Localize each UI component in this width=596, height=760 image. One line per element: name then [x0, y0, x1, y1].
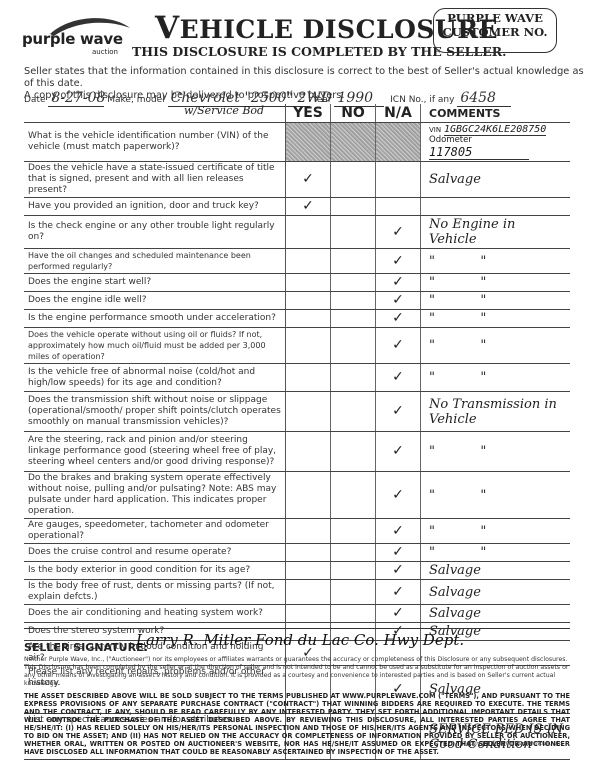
- comment-cell[interactable]: " ": [421, 274, 571, 292]
- answer-yes-cell[interactable]: ✓: [286, 198, 331, 216]
- check-icon: ✓: [392, 544, 404, 560]
- customer-number-box: PURPLE WAVE CUSTOMER NO.: [433, 8, 557, 53]
- comment-text: " ": [429, 444, 486, 459]
- question-text: Is the vehicle free of abnormal noise (c…: [24, 364, 286, 392]
- answer-na-cell[interactable]: [376, 123, 421, 162]
- comment-text: Salvage: [429, 606, 481, 621]
- answer-yes-cell[interactable]: [286, 519, 331, 544]
- answer-na-cell[interactable]: ✓: [376, 432, 421, 472]
- table-row: Is the check engine or any other trouble…: [24, 216, 570, 249]
- check-icon: ✓: [392, 310, 404, 326]
- answer-no-cell[interactable]: [331, 123, 376, 162]
- table-row: Have you provided an ignition, door and …: [24, 198, 570, 216]
- question-text: Is the check engine or any other trouble…: [24, 216, 286, 249]
- comment-cell[interactable]: " ": [421, 519, 571, 544]
- vin-line: VIN 1GBGC24K6LE208750: [429, 124, 566, 135]
- signature-label: SELLER SIGNATURE:: [24, 641, 148, 654]
- odometer-line: Odometer 117805: [429, 135, 566, 160]
- comment-cell[interactable]: " ": [421, 292, 571, 310]
- question-text: Have you provided an ignition, door and …: [24, 198, 286, 216]
- table-row: Is the body exterior in good condition f…: [24, 562, 570, 580]
- comment-cell[interactable]: " ": [421, 472, 571, 519]
- check-icon: ✓: [302, 171, 314, 187]
- answer-yes-cell[interactable]: [286, 544, 331, 562]
- answer-yes-cell[interactable]: [286, 562, 331, 580]
- answer-yes-cell[interactable]: [286, 216, 331, 249]
- comment-text: " ": [429, 254, 486, 269]
- check-icon: ✓: [392, 337, 404, 353]
- answer-no-cell[interactable]: [331, 580, 376, 605]
- answer-na-cell[interactable]: ✓: [376, 392, 421, 432]
- logo-sub: auction: [92, 48, 118, 56]
- check-icon: ✓: [392, 253, 404, 269]
- table-row: Does the vehicle operate without using o…: [24, 328, 570, 364]
- table-row: Does the air conditioning and heating sy…: [24, 605, 570, 623]
- check-icon: ✓: [302, 198, 314, 214]
- check-icon: ✓: [392, 369, 404, 385]
- comment-text: Salvage: [429, 172, 481, 187]
- question-text: Does the engine start well?: [24, 274, 286, 292]
- answer-yes-cell[interactable]: [286, 123, 331, 162]
- col-comments: COMMENTS: [421, 104, 571, 123]
- check-icon: ✓: [392, 274, 404, 290]
- comment-text: Salvage: [429, 585, 481, 600]
- purple-wave-logo: purple wave auction: [22, 14, 132, 50]
- table-row: Does the cruise control and resume opera…: [24, 544, 570, 562]
- question-text: Does the vehicle operate without using o…: [24, 328, 286, 364]
- answer-na-cell[interactable]: ✓: [376, 580, 421, 605]
- comment-cell[interactable]: No Engine in Vehicle: [421, 216, 571, 249]
- table-row: Is the engine performance smooth under a…: [24, 310, 570, 328]
- table-row: Are gauges, speedometer, tachometer and …: [24, 519, 570, 544]
- answer-no-cell[interactable]: [331, 328, 376, 364]
- question-text: What is the vehicle identification numbe…: [24, 123, 286, 162]
- col-na: N/A: [376, 104, 421, 123]
- check-icon: ✓: [392, 605, 404, 621]
- comment-cell[interactable]: Salvage: [421, 562, 571, 580]
- answer-na-cell[interactable]: ✓: [376, 364, 421, 392]
- comment-text: " ": [429, 545, 486, 560]
- disclaimer-text: Neither Purple Wave, Inc., ("Auctioneer"…: [24, 656, 570, 688]
- answer-no-cell[interactable]: [331, 472, 376, 519]
- answer-no-cell[interactable]: [331, 216, 376, 249]
- answer-na-cell[interactable]: ✓: [376, 310, 421, 328]
- answer-no-cell[interactable]: [331, 544, 376, 562]
- answer-no-cell[interactable]: [331, 562, 376, 580]
- table-row: Does the vehicle have a state-issued cer…: [24, 162, 570, 198]
- comment-cell[interactable]: Salvage: [421, 580, 571, 605]
- check-icon: ✓: [392, 487, 404, 503]
- question-text: Does the transmission shift without nois…: [24, 392, 286, 432]
- odometer-field[interactable]: 117805: [429, 145, 529, 160]
- table-row: Is the body free of rust, dents or missi…: [24, 580, 570, 605]
- comment-cell[interactable]: " ": [421, 432, 571, 472]
- answer-yes-cell[interactable]: [286, 249, 331, 274]
- answer-na-cell[interactable]: ✓: [376, 519, 421, 544]
- answer-na-cell[interactable]: [376, 198, 421, 216]
- answer-na-cell[interactable]: [376, 162, 421, 198]
- comment-cell[interactable]: Salvage: [421, 162, 571, 198]
- comment-cell[interactable]: [421, 198, 571, 216]
- comment-cell[interactable]: Salvage: [421, 605, 571, 623]
- col-yes: YES: [286, 104, 331, 123]
- question-text: Is the body exterior in good condition f…: [24, 562, 286, 580]
- question-text: Are the steering, rack and pinion and/or…: [24, 432, 286, 472]
- table-row: What is the vehicle identification numbe…: [24, 123, 570, 162]
- answer-yes-cell[interactable]: [286, 580, 331, 605]
- question-text: Does the air conditioning and heating sy…: [24, 605, 286, 623]
- answer-na-cell[interactable]: ✓: [376, 472, 421, 519]
- comment-text: " ": [429, 275, 486, 290]
- answer-yes-cell[interactable]: [286, 605, 331, 623]
- question-text: Does the vehicle have a state-issued cer…: [24, 162, 286, 198]
- comment-text: " ": [429, 370, 486, 385]
- col-no: NO: [331, 104, 376, 123]
- question-text: Do the brakes and braking system operate…: [24, 472, 286, 519]
- answer-yes-cell[interactable]: [286, 432, 331, 472]
- answer-na-cell[interactable]: ✓: [376, 216, 421, 249]
- copyright: Copyright © 2008 Purple Wave, Inc.: [462, 741, 564, 747]
- answer-no-cell[interactable]: [331, 392, 376, 432]
- answer-yes-cell[interactable]: ✓: [286, 162, 331, 198]
- check-icon: ✓: [392, 292, 404, 308]
- question-text: Have the oil changes and scheduled maint…: [24, 249, 286, 274]
- answer-na-cell[interactable]: ✓: [376, 292, 421, 310]
- answer-no-cell[interactable]: [331, 198, 376, 216]
- table-row: Does the engine idle well?✓" ": [24, 292, 570, 310]
- seller-signature-section: SELLER SIGNATURE: Larry R. Mitler Fond d…: [24, 628, 570, 629]
- comment-cell[interactable]: " ": [421, 249, 571, 274]
- answer-na-cell[interactable]: ✓: [376, 249, 421, 274]
- answer-no-cell[interactable]: [331, 162, 376, 198]
- answer-no-cell[interactable]: [331, 292, 376, 310]
- answer-na-cell[interactable]: ✓: [376, 274, 421, 292]
- question-text: Are gauges, speedometer, tachometer and …: [24, 519, 286, 544]
- check-icon: ✓: [392, 523, 404, 539]
- check-icon: ✓: [392, 403, 404, 419]
- answer-yes-cell[interactable]: [286, 292, 331, 310]
- answer-yes-cell[interactable]: [286, 328, 331, 364]
- comment-cell[interactable]: " ": [421, 364, 571, 392]
- answer-no-cell[interactable]: [331, 605, 376, 623]
- table-header-row: YES NO N/A COMMENTS: [24, 104, 570, 123]
- intro-line-1: Seller states that the information conta…: [24, 66, 594, 90]
- answer-na-cell[interactable]: ✓: [376, 328, 421, 364]
- comment-cell[interactable]: VIN 1GBGC24K6LE208750Odometer 117805: [421, 123, 571, 162]
- table-row: Does the transmission shift without nois…: [24, 392, 570, 432]
- table-row: Is the vehicle free of abnormal noise (c…: [24, 364, 570, 392]
- answer-no-cell[interactable]: [331, 364, 376, 392]
- check-icon: ✓: [392, 224, 404, 240]
- comment-cell[interactable]: " ": [421, 544, 571, 562]
- signature-field[interactable]: Larry R. Mitler Fond du Lac Co. Hwy Dept…: [136, 631, 464, 649]
- logo-name: purple wave: [22, 30, 123, 48]
- question-text: Does the engine idle well?: [24, 292, 286, 310]
- comment-cell[interactable]: No Transmission in Vehicle: [421, 392, 571, 432]
- comment-text: No Engine in Vehicle: [429, 217, 520, 247]
- question-text: Does the cruise control and resume opera…: [24, 544, 286, 562]
- answer-no-cell[interactable]: [331, 274, 376, 292]
- answer-no-cell[interactable]: [331, 249, 376, 274]
- comment-text: " ": [429, 524, 486, 539]
- table-row: Are the steering, rack and pinion and/or…: [24, 432, 570, 472]
- table-row: Does the engine start well?✓" ": [24, 274, 570, 292]
- table-row: Do the brakes and braking system operate…: [24, 472, 570, 519]
- comment-text: " ": [429, 338, 486, 353]
- comment-text: " ": [429, 293, 486, 308]
- answer-yes-cell[interactable]: [286, 364, 331, 392]
- answer-na-cell[interactable]: ✓: [376, 562, 421, 580]
- comment-cell[interactable]: " ": [421, 310, 571, 328]
- question-text: Is the body free of rust, dents or missi…: [24, 580, 286, 605]
- answer-no-cell[interactable]: [331, 310, 376, 328]
- answer-yes-cell[interactable]: [286, 472, 331, 519]
- answer-yes-cell[interactable]: [286, 392, 331, 432]
- check-icon: ✓: [392, 584, 404, 600]
- answer-no-cell[interactable]: [331, 432, 376, 472]
- check-icon: ✓: [392, 443, 404, 459]
- table-row: Have the oil changes and scheduled maint…: [24, 249, 570, 274]
- comment-cell[interactable]: " ": [421, 328, 571, 364]
- comment-text: Salvage: [429, 563, 481, 578]
- answer-na-cell[interactable]: ✓: [376, 544, 421, 562]
- answer-na-cell[interactable]: ✓: [376, 605, 421, 623]
- answer-no-cell[interactable]: [331, 519, 376, 544]
- answer-yes-cell[interactable]: [286, 310, 331, 328]
- answer-yes-cell[interactable]: [286, 274, 331, 292]
- comment-text: " ": [429, 311, 486, 326]
- check-icon: ✓: [392, 562, 404, 578]
- comment-text: " ": [429, 488, 486, 503]
- comment-text: No Transmission in Vehicle: [429, 397, 561, 427]
- question-text: Is the engine performance smooth under a…: [24, 310, 286, 328]
